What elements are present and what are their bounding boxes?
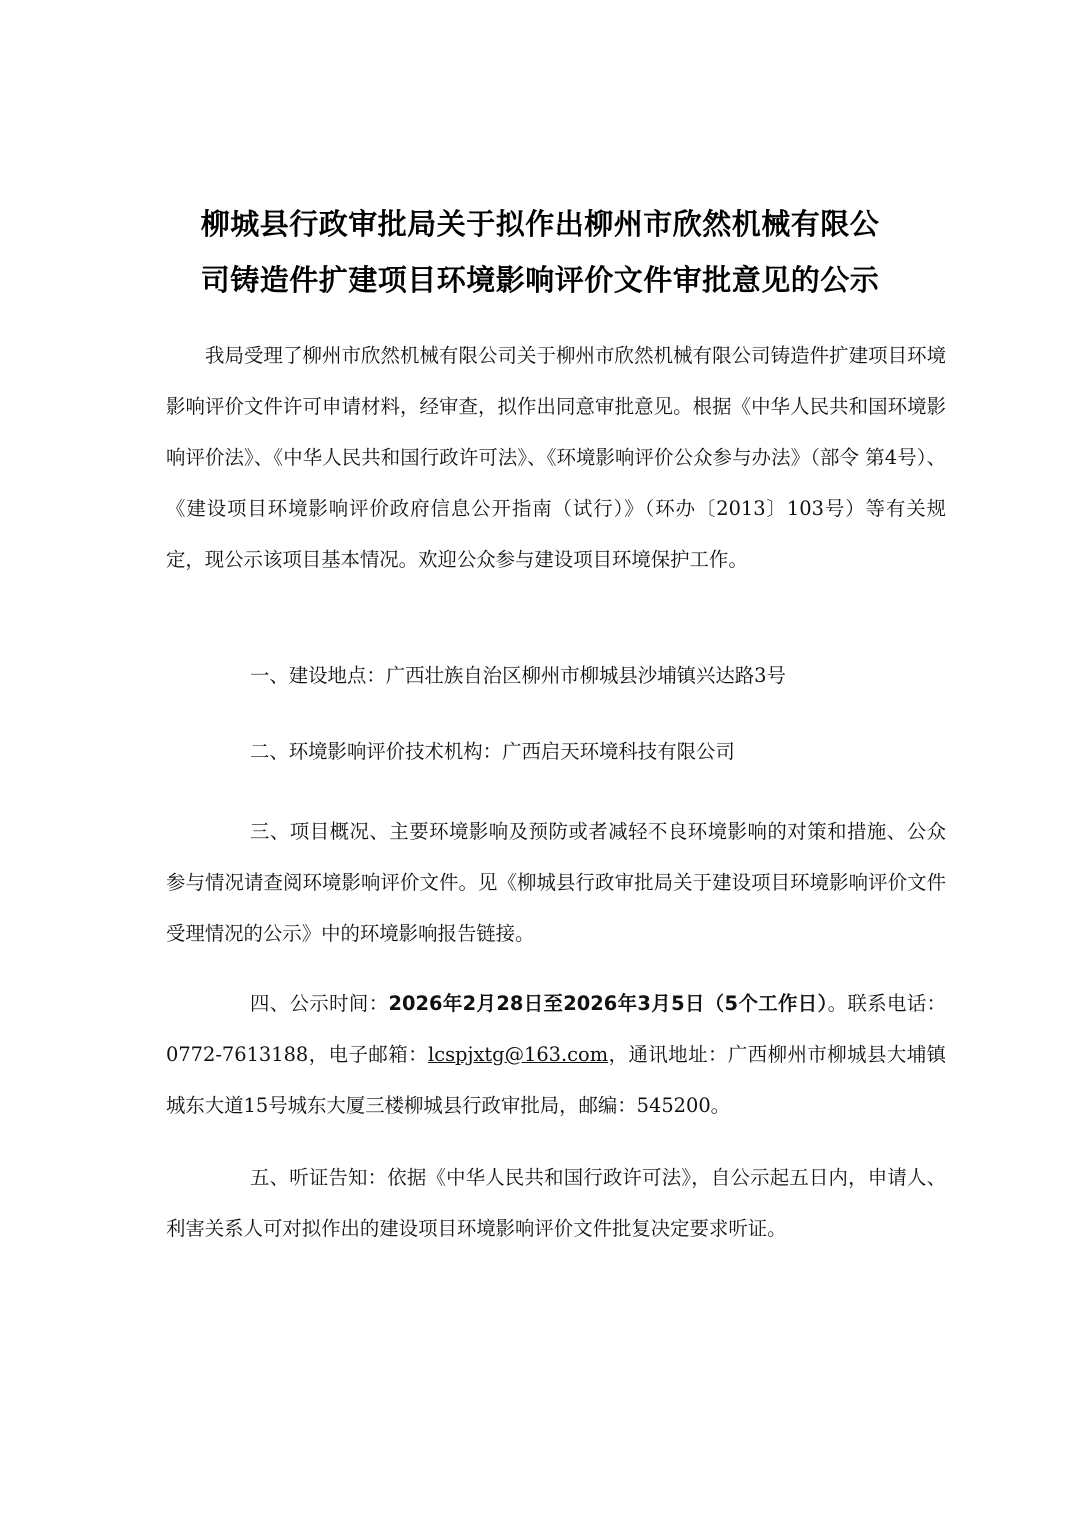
section-hearing-notice: 五、听证告知：依据《中华人民共和国行政许可法》，自公示起五日内，申请人、利害关系…: [166, 1152, 946, 1254]
document-page: 柳城县行政审批局关于拟作出柳州市欣然机械有限公 司铸造件扩建项目环境影响评价文件…: [0, 0, 1074, 1520]
email-link[interactable]: lcspjxtg@163.com: [428, 1043, 608, 1066]
section-project-overview: 三、项目概况、主要环境影响及预防或者减轻不良环境影响的对策和措施、公众参与情况请…: [166, 806, 946, 959]
publicity-period: 2026年2月28日至2026年3月5日（5个工作日）: [389, 992, 828, 1015]
section-eia-agency: 二、环境影响评价技术机构：广西启天环境科技有限公司: [166, 726, 946, 777]
section-publicity-period: 四、公示时间：2026年2月28日至2026年3月5日（5个工作日）。联系电话：…: [166, 978, 946, 1131]
title-line-2: 司铸造件扩建项目环境影响评价文件审批意见的公示: [150, 252, 930, 308]
intro-paragraph: 我局受理了柳州市欣然机械有限公司关于柳州市欣然机械有限公司铸造件扩建项目环境影响…: [166, 330, 946, 585]
section-construction-site: 一、建设地点：广西壮族自治区柳州市柳城县沙埔镇兴达路3号: [166, 650, 946, 701]
document-title: 柳城县行政审批局关于拟作出柳州市欣然机械有限公 司铸造件扩建项目环境影响评价文件…: [150, 196, 930, 308]
publicity-prefix: 四、公示时间：: [250, 992, 389, 1015]
title-line-1: 柳城县行政审批局关于拟作出柳州市欣然机械有限公: [150, 196, 930, 252]
